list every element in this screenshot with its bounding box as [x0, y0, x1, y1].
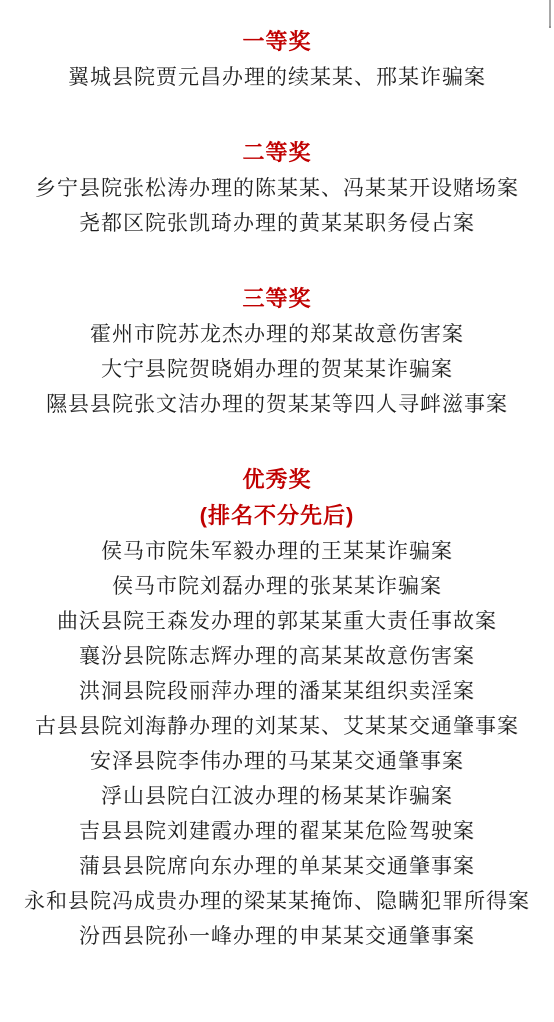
- case-line: 安泽县院李伟办理的马某某交通肇事案: [0, 744, 554, 779]
- section-second-prize: 二等奖 乡宁县院张松涛办理的陈某某、冯某某开设赌场案 尧都区院张凯琦办理的黄某某…: [0, 135, 554, 241]
- section-excellence-award: 优秀奖 (排名不分先后) 侯马市院朱军毅办理的王某某诈骗案 侯马市院刘磊办理的张…: [0, 462, 554, 954]
- case-line: 侯马市院朱军毅办理的王某某诈骗案: [0, 534, 554, 569]
- case-line: 永和县院冯成贵办理的梁某某掩饰、隐瞒犯罪所得案: [0, 884, 554, 919]
- section-subtitle: (排名不分先后): [0, 498, 554, 534]
- case-line: 浮山县院白江波办理的杨某某诈骗案: [0, 779, 554, 814]
- case-line: 大宁县院贺晓娟办理的贺某某诈骗案: [0, 352, 554, 387]
- case-line: 汾西县院孙一峰办理的申某某交通肇事案: [0, 919, 554, 954]
- case-line: 尧都区院张凯琦办理的黄某某职务侵占案: [0, 206, 554, 241]
- section-title: 二等奖: [0, 135, 554, 171]
- case-line: 曲沃县院王森发办理的郭某某重大责任事故案: [0, 604, 554, 639]
- section-title: 一等奖: [0, 24, 554, 60]
- award-list-page: 一等奖 翼城县院贾元昌办理的续某某、邢某诈骗案 二等奖 乡宁县院张松涛办理的陈某…: [0, 0, 554, 1022]
- case-line: 隰县县院张文洁办理的贺某某等四人寻衅滋事案: [0, 387, 554, 422]
- scrollbar-thumb[interactable]: [549, 0, 551, 28]
- section-title: 三等奖: [0, 281, 554, 317]
- case-line: 襄汾县院陈志辉办理的高某某故意伤害案: [0, 639, 554, 674]
- case-line: 霍州市院苏龙杰办理的郑某故意伤害案: [0, 317, 554, 352]
- case-line: 蒲县县院席向东办理的单某某交通肇事案: [0, 849, 554, 884]
- award-document: 一等奖 翼城县院贾元昌办理的续某某、邢某诈骗案 二等奖 乡宁县院张松涛办理的陈某…: [0, 0, 554, 954]
- case-line: 翼城县院贾元昌办理的续某某、邢某诈骗案: [0, 60, 554, 95]
- case-line: 乡宁县院张松涛办理的陈某某、冯某某开设赌场案: [0, 171, 554, 206]
- section-title: 优秀奖: [0, 462, 554, 498]
- case-line: 洪洞县院段丽萍办理的潘某某组织卖淫案: [0, 674, 554, 709]
- case-line: 吉县县院刘建霞办理的翟某某危险驾驶案: [0, 814, 554, 849]
- case-line: 侯马市院刘磊办理的张某某诈骗案: [0, 569, 554, 604]
- section-first-prize: 一等奖 翼城县院贾元昌办理的续某某、邢某诈骗案: [0, 24, 554, 95]
- case-line: 古县县院刘海静办理的刘某某、艾某某交通肇事案: [0, 709, 554, 744]
- section-third-prize: 三等奖 霍州市院苏龙杰办理的郑某故意伤害案 大宁县院贺晓娟办理的贺某某诈骗案 隰…: [0, 281, 554, 422]
